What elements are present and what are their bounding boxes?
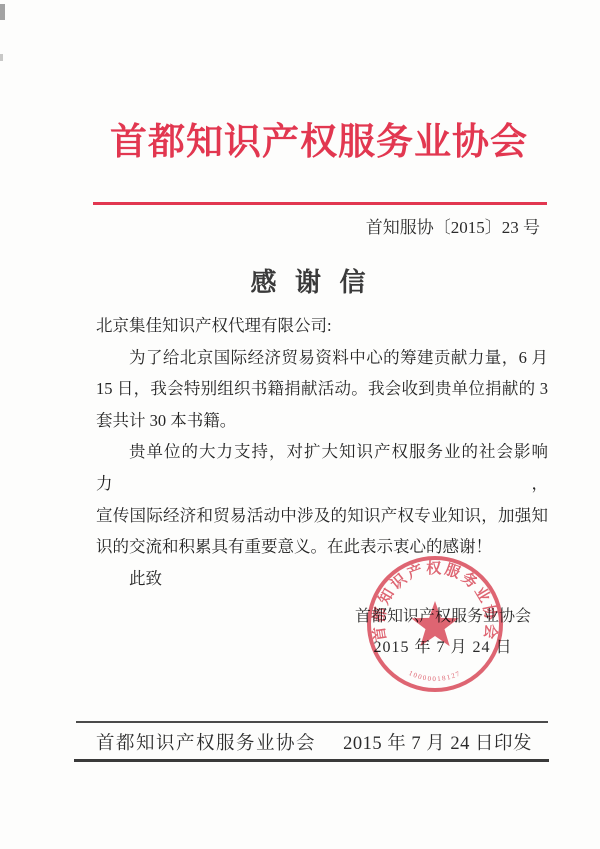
- footer: 首都知识产权服务业协会 2015 年 7 月 24 日印发: [96, 729, 532, 755]
- scan-artifact: [0, 54, 3, 61]
- document-reference-number: 首知服协〔2015〕23 号: [240, 213, 540, 238]
- scan-artifact: [0, 4, 5, 20]
- letter-title: 感 谢 信: [22, 262, 600, 299]
- letterhead-org-title: 首都知识产权服务业协会: [38, 111, 600, 165]
- footer-org: 首都知识产权服务业协会: [96, 729, 316, 755]
- body-line: 15 日，我会特别组织书籍捐献活动。我会收到贵单位捐献的 3: [96, 373, 548, 405]
- recipient-line: 北京集佳知识产权代理有限公司:: [96, 310, 548, 342]
- footer-issue-date: 2015 年 7 月 24 日印发: [343, 729, 532, 755]
- footer-top-rule: [76, 721, 548, 723]
- letterhead-divider-rule: [93, 202, 547, 205]
- body-line: 为了给北京国际经济贸易资料中心的筹建贡献力量，6 月: [96, 342, 548, 374]
- official-seal: 首都知识产权服务业协会 1100000181274: [362, 551, 508, 697]
- footer-bottom-rule: [74, 759, 549, 762]
- star-icon: [411, 601, 459, 646]
- body-line: 套共计 30 本书籍。: [96, 405, 548, 437]
- body-line: 宣传国际经济和贸易活动中涉及的知识产权专业知识，加强知: [96, 500, 548, 532]
- body-line: 贵单位的大力支持，对扩大知识产权服务业的社会影响力，: [96, 436, 548, 499]
- scanned-letter-page: 首都知识产权服务业协会 首知服协〔2015〕23 号 感 谢 信 北京集佳知识产…: [0, 0, 600, 849]
